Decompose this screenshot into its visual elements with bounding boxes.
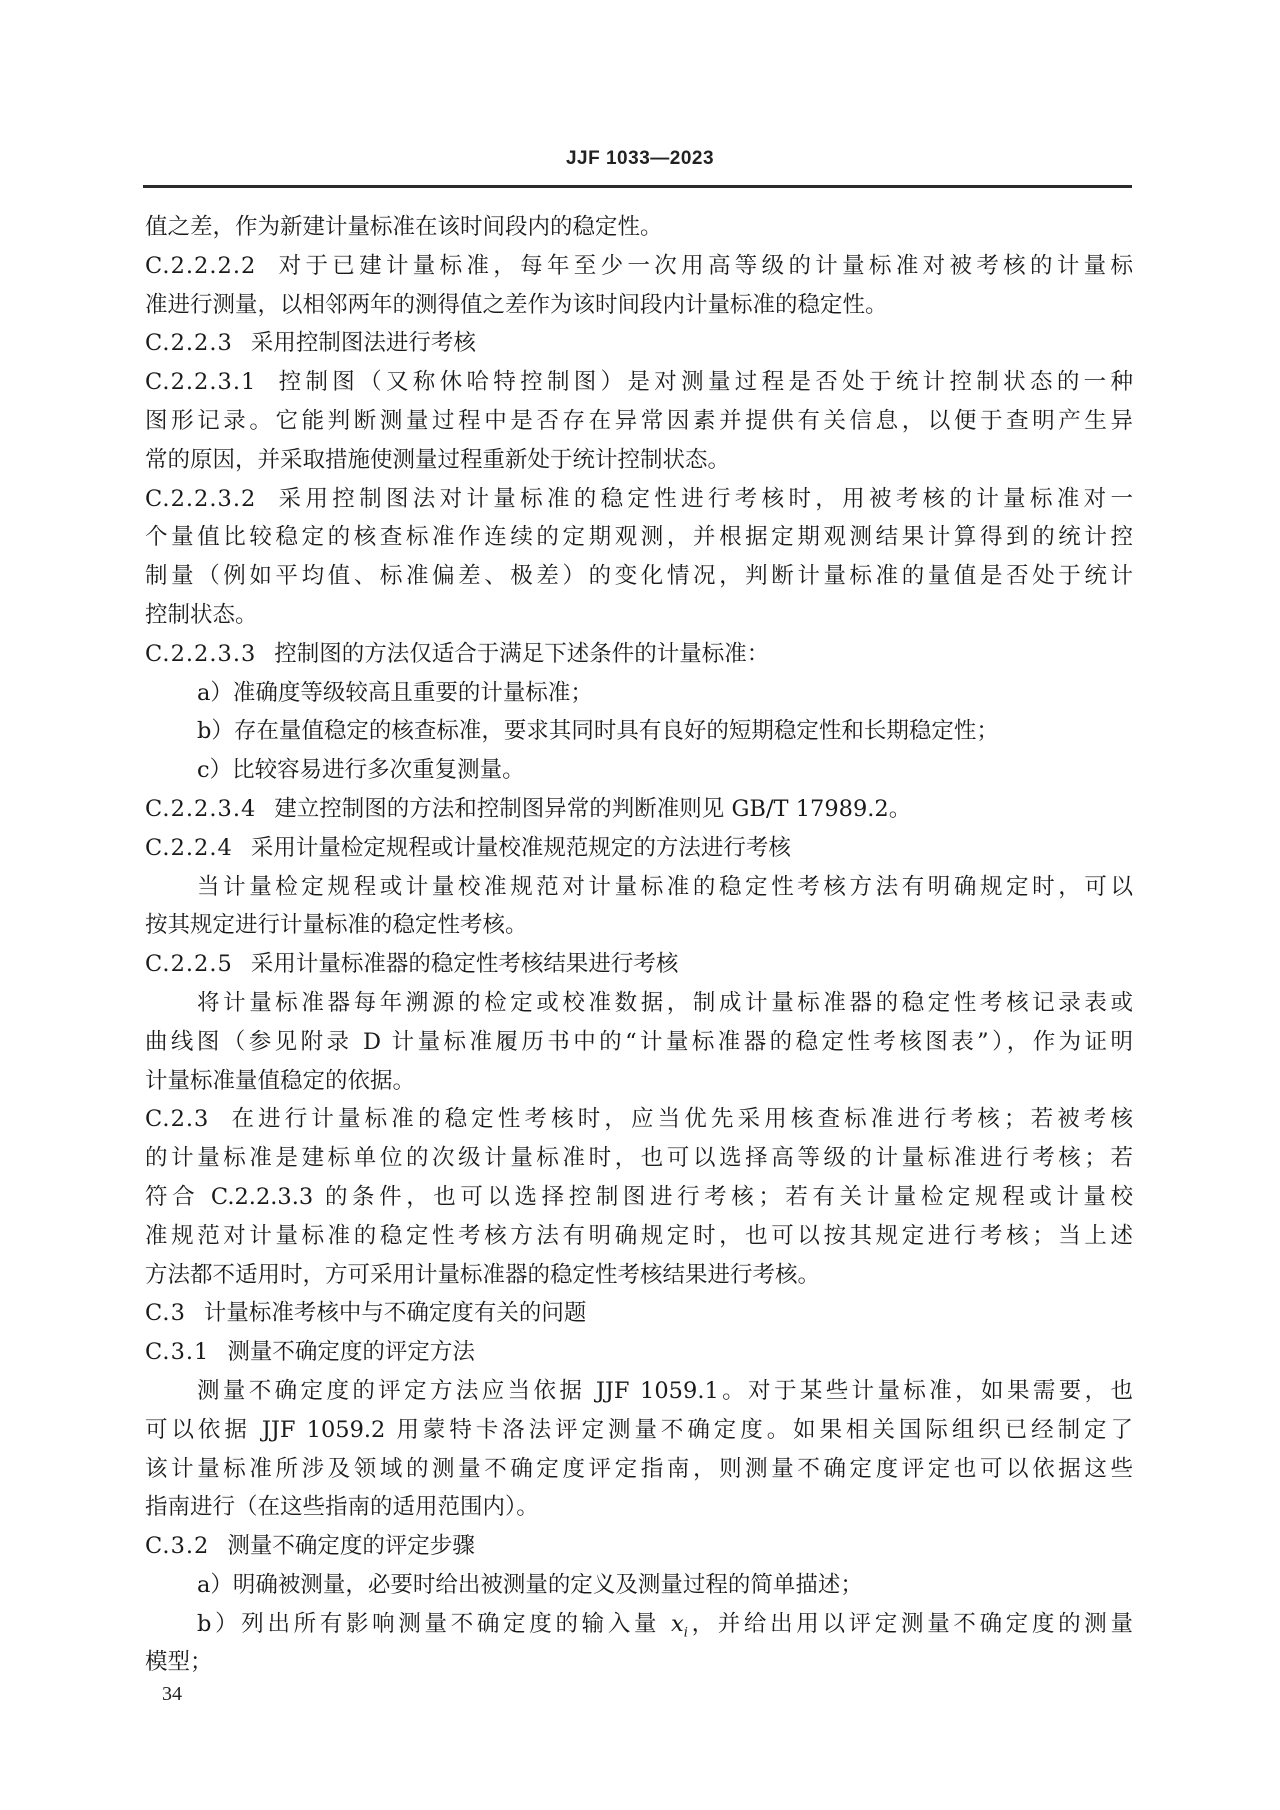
text-line: 个量值比较稳定的核查标准作连续的定期观测，并根据定期观测结果计算得到的统计控 [145, 518, 1133, 557]
line-text: b）列出所有影响测量不确定度的输入量 [197, 1611, 671, 1637]
text-line: 准规范对计量标准的稳定性考核方法有明确规定时，也可以按其规定进行考核；当上述 [145, 1217, 1133, 1256]
line-text: 控制图的方法仅适合于满足下述条件的计量标准： [274, 641, 769, 667]
line-text: 控制图（又称休哈特控制图）是对测量过程是否处于统计控制状态的一种 [274, 369, 1133, 395]
line-text: 对于已建计量标准，每年至少一次用高等级的计量标准对被考核的计量标 [274, 253, 1133, 279]
clause-line: C.2.3在进行计量标准的稳定性考核时，应当优先采用核查标准进行考核；若被考核 [145, 1100, 1133, 1139]
document-body: 值之差，作为新建计量标准在该时间段内的稳定性。C.2.2.2.2对于已建计量标准… [145, 208, 1133, 1682]
line-text: 图形记录。它能判断测量过程中是否存在异常因素并提供有关信息，以便于查明产生异 [145, 408, 1133, 434]
list-item-with-math: b）列出所有影响测量不确定度的输入量 xi，并给出用以评定测量不确定度的测量 [145, 1605, 1133, 1644]
running-header: JJF 1033—2023 [0, 148, 1280, 170]
text-line: 指南进行（在这些指南的适用范围内）。 [145, 1488, 1133, 1527]
line-text: 建立控制图的方法和控制图异常的判断准则见 GB/T 17989.2。 [274, 796, 911, 822]
clause-number: C.2.2.3.3 [145, 641, 256, 667]
line-text: 采用计量检定规程或计量校准规范规定的方法进行考核 [251, 835, 791, 861]
line-text: 个量值比较稳定的核查标准作连续的定期观测，并根据定期观测结果计算得到的统计控 [145, 524, 1133, 550]
clause-line: C.3计量标准考核中与不确定度有关的问题 [145, 1294, 1133, 1333]
clause-number: C.2.2.2.2 [145, 253, 256, 279]
text-line: 的计量标准是建标单位的次级计量标准时，也可以选择高等级的计量标准进行考核；若 [145, 1139, 1133, 1178]
line-text: 该计量标准所涉及领域的测量不确定度评定指南，则测量不确定度评定也可以依据这些 [145, 1456, 1133, 1482]
clause-line: C.2.2.2.2对于已建计量标准，每年至少一次用高等级的计量标准对被考核的计量… [145, 247, 1133, 286]
text-line: 图形记录。它能判断测量过程中是否存在异常因素并提供有关信息，以便于查明产生异 [145, 402, 1133, 441]
clause-line: C.2.2.3采用控制图法进行考核 [145, 324, 1133, 363]
clause-number: C.2.2.4 [145, 835, 233, 861]
line-text: 制量（例如平均值、标准偏差、极差）的变化情况，判断计量标准的量值是否处于统计 [145, 563, 1133, 589]
clause-number: C.2.2.3.1 [145, 369, 256, 395]
text-line: 值之差，作为新建计量标准在该时间段内的稳定性。 [145, 208, 1133, 247]
text-line: 制量（例如平均值、标准偏差、极差）的变化情况，判断计量标准的量值是否处于统计 [145, 557, 1133, 596]
clause-number: C.2.2.3.2 [145, 486, 256, 512]
text-line: 计量标准量值稳定的依据。 [145, 1062, 1133, 1101]
line-text: 值之差，作为新建计量标准在该时间段内的稳定性。 [145, 214, 663, 240]
text-line: 当计量检定规程或计量校准规范对计量标准的稳定性考核方法有明确规定时，可以 [145, 868, 1133, 907]
line-text: 常的原因，并采取措施使测量过程重新处于统计控制状态。 [145, 447, 730, 473]
clause-number: C.2.2.3 [145, 330, 233, 356]
text-line: a）明确被测量，必要时给出被测量的定义及测量过程的简单描述； [145, 1566, 1133, 1605]
clause-number: C.2.3 [145, 1106, 209, 1132]
line-text: 计量标准量值稳定的依据。 [145, 1068, 415, 1094]
header-rule [143, 185, 1132, 188]
clause-line: C.2.2.3.2采用控制图法对计量标准的稳定性进行考核时，用被考核的计量标准对… [145, 480, 1133, 519]
text-line: c）比较容易进行多次重复测量。 [145, 751, 1133, 790]
line-text: 曲线图（参见附录 D 计量标准履历书中的“计量标准器的稳定性考核图表”），作为证… [145, 1029, 1133, 1055]
line-text: 测量不确定度的评定步骤 [227, 1533, 475, 1559]
line-text: b）存在量值稳定的核查标准，要求其同时具有良好的短期稳定性和长期稳定性； [197, 718, 999, 744]
text-line: 方法都不适用时，方可采用计量标准器的稳定性考核结果进行考核。 [145, 1256, 1133, 1295]
line-text: c）比较容易进行多次重复测量。 [197, 757, 525, 783]
line-text: 准进行测量，以相邻两年的测得值之差作为该时间段内计量标准的稳定性。 [145, 292, 888, 318]
text-line: 将计量标准器每年溯源的检定或校准数据，制成计量标准器的稳定性考核记录表或 [145, 984, 1133, 1023]
line-text: 采用控制图法对计量标准的稳定性进行考核时，用被考核的计量标准对一 [274, 486, 1133, 512]
text-line: 常的原因，并采取措施使测量过程重新处于统计控制状态。 [145, 441, 1133, 480]
clause-line: C.2.2.3.1控制图（又称休哈特控制图）是对测量过程是否处于统计控制状态的一… [145, 363, 1133, 402]
line-text: 的计量标准是建标单位的次级计量标准时，也可以选择高等级的计量标准进行考核；若 [145, 1145, 1133, 1171]
math-variable: xi [671, 1611, 688, 1637]
line-text: 测量不确定度的评定方法应当依据 JJF 1059.1。对于某些计量标准，如果需要… [197, 1378, 1133, 1404]
clause-number: C.2.2.5 [145, 951, 233, 977]
clause-number: C.2.2.3.4 [145, 796, 256, 822]
text-line: 曲线图（参见附录 D 计量标准履历书中的“计量标准器的稳定性考核图表”），作为证… [145, 1023, 1133, 1062]
line-text: 符合 C.2.2.3.3 的条件，也可以选择控制图进行考核；若有关计量检定规程或… [145, 1184, 1133, 1210]
line-text: 方法都不适用时，方可采用计量标准器的稳定性考核结果进行考核。 [145, 1262, 820, 1288]
clause-line: C.2.2.4采用计量检定规程或计量校准规范规定的方法进行考核 [145, 829, 1133, 868]
clause-number: C.3 [145, 1300, 186, 1326]
text-line: 该计量标准所涉及领域的测量不确定度评定指南，则测量不确定度评定也可以依据这些 [145, 1450, 1133, 1489]
text-line: 模型； [145, 1643, 1133, 1682]
clause-line: C.2.2.3.4建立控制图的方法和控制图异常的判断准则见 GB/T 17989… [145, 790, 1133, 829]
text-line: 按其规定进行计量标准的稳定性考核。 [145, 906, 1133, 945]
text-line: 准进行测量，以相邻两年的测得值之差作为该时间段内计量标准的稳定性。 [145, 286, 1133, 325]
line-text: 准规范对计量标准的稳定性考核方法有明确规定时，也可以按其规定进行考核；当上述 [145, 1223, 1133, 1249]
text-line: 符合 C.2.2.3.3 的条件，也可以选择控制图进行考核；若有关计量检定规程或… [145, 1178, 1133, 1217]
line-text: 计量标准考核中与不确定度有关的问题 [204, 1300, 587, 1326]
text-line: 控制状态。 [145, 596, 1133, 635]
clause-number: C.3.2 [145, 1533, 209, 1559]
clause-line: C.3.1测量不确定度的评定方法 [145, 1333, 1133, 1372]
line-text: 在进行计量标准的稳定性考核时，应当优先采用核查标准进行考核；若被考核 [227, 1106, 1133, 1132]
line-text: 当计量检定规程或计量校准规范对计量标准的稳定性考核方法有明确规定时，可以 [197, 874, 1133, 900]
text-line: 可以依据 JJF 1059.2 用蒙特卡洛法评定测量不确定度。如果相关国际组织已… [145, 1411, 1133, 1450]
line-text: 将计量标准器每年溯源的检定或校准数据，制成计量标准器的稳定性考核记录表或 [197, 990, 1133, 1016]
clause-line: C.2.2.3.3控制图的方法仅适合于满足下述条件的计量标准： [145, 635, 1133, 674]
line-text: 采用计量标准器的稳定性考核结果进行考核 [251, 951, 679, 977]
line-text: a）明确被测量，必要时给出被测量的定义及测量过程的简单描述； [197, 1572, 863, 1598]
clause-line: C.2.2.5采用计量标准器的稳定性考核结果进行考核 [145, 945, 1133, 984]
page-number: 34 [162, 1683, 182, 1706]
clause-line: C.3.2测量不确定度的评定步骤 [145, 1527, 1133, 1566]
line-text: 测量不确定度的评定方法 [227, 1339, 475, 1365]
line-text: 控制状态。 [145, 602, 258, 628]
line-text: a）准确度等级较高且重要的计量标准； [197, 680, 593, 706]
line-text: 可以依据 JJF 1059.2 用蒙特卡洛法评定测量不确定度。如果相关国际组织已… [145, 1417, 1133, 1443]
clause-number: C.3.1 [145, 1339, 209, 1365]
standard-code: JJF 1033—2023 [566, 148, 714, 169]
text-line: a）准确度等级较高且重要的计量标准； [145, 674, 1133, 713]
text-line: 测量不确定度的评定方法应当依据 JJF 1059.1。对于某些计量标准，如果需要… [145, 1372, 1133, 1411]
text-line: b）存在量值稳定的核查标准，要求其同时具有良好的短期稳定性和长期稳定性； [145, 712, 1133, 751]
line-text: 按其规定进行计量标准的稳定性考核。 [145, 912, 528, 938]
line-text: 指南进行（在这些指南的适用范围内）。 [145, 1494, 539, 1520]
line-text: 采用控制图法进行考核 [251, 330, 476, 356]
line-text: ，并给出用以评定测量不确定度的测量 [688, 1611, 1133, 1637]
